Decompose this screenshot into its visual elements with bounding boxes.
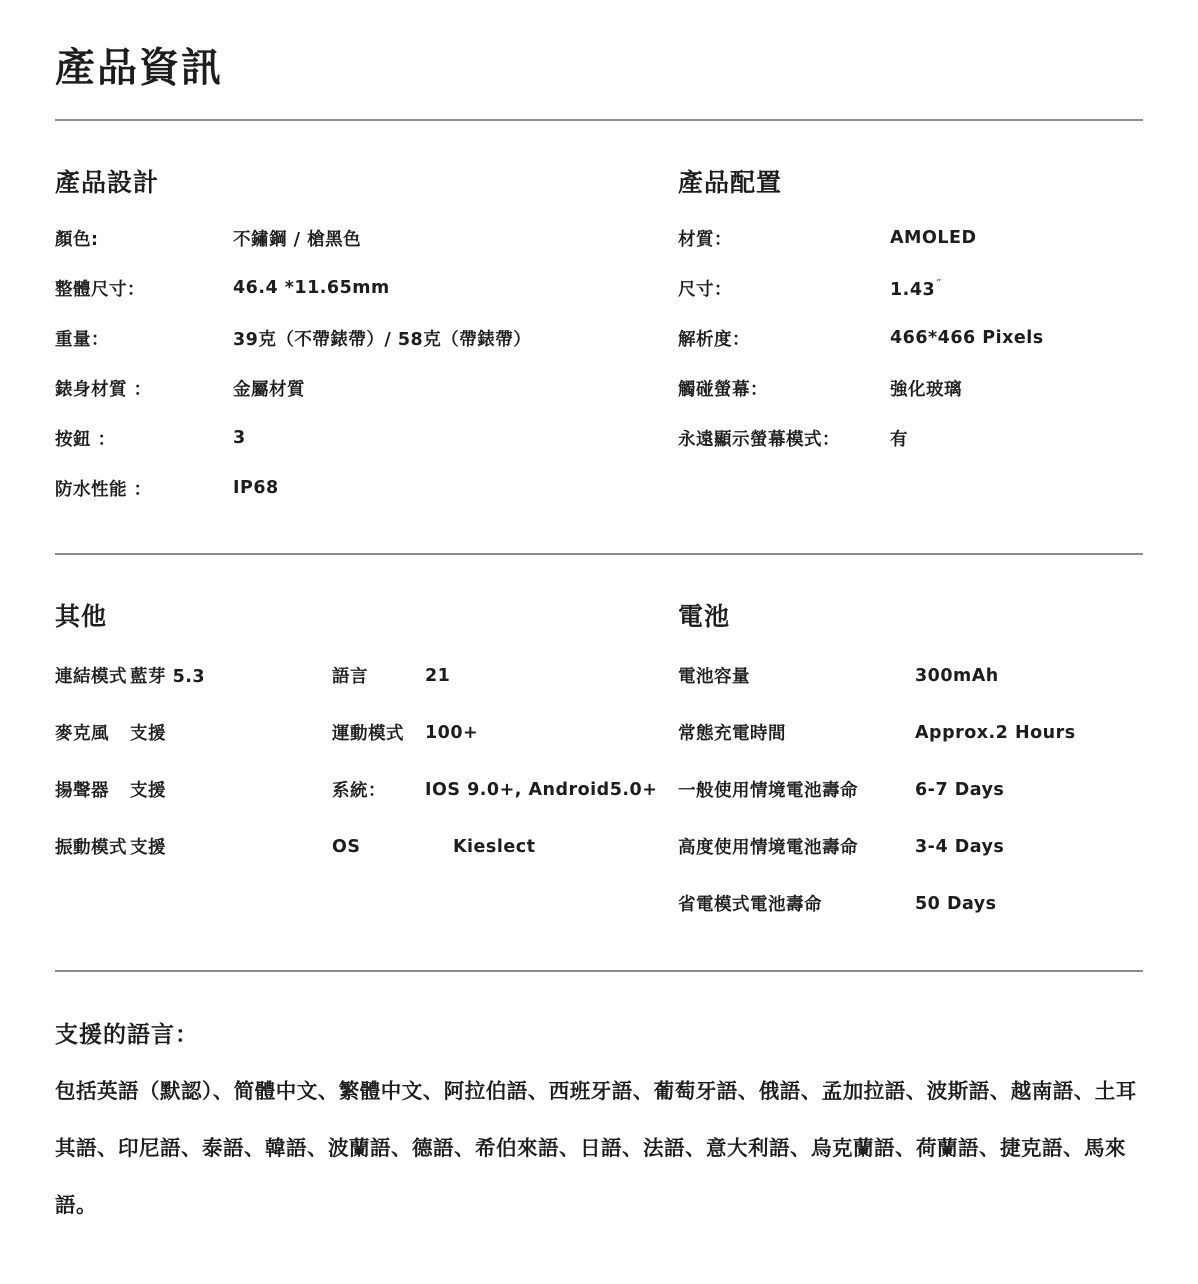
spec-row-screen-material: 材質： AMOLED bbox=[678, 213, 1143, 263]
spec-value: 支援 bbox=[130, 720, 332, 745]
inch-mark: ″ bbox=[936, 277, 942, 291]
spec-value: 21 bbox=[425, 666, 678, 686]
design-heading: 產品設計 bbox=[55, 163, 678, 199]
spec-row-connectivity-language: 連結模式 藍芽 5.3 語言 21 bbox=[55, 647, 678, 704]
spec-row-buttons: 按鈕 ： 3 bbox=[55, 413, 678, 463]
spec-value: 有 bbox=[890, 426, 1143, 451]
spec-row-waterproof: 防水性能 ： IP68 bbox=[55, 463, 678, 513]
size-number: 1.43 bbox=[890, 279, 935, 299]
spec-row-resolution: 解析度： 466*466 Pixels bbox=[678, 313, 1143, 363]
specs-middle: 其他 連結模式 藍芽 5.3 語言 21 麥克風 支援 運動模式 100+ 揚聲… bbox=[55, 555, 1143, 932]
spec-row-mic-sport: 麥克風 支援 運動模式 100+ bbox=[55, 704, 678, 761]
spec-row-case-material: 錶身材質 ： 金屬材質 bbox=[55, 363, 678, 413]
languages-text: 包括英語（默認）、简體中文、繁體中文、阿拉伯語、西班牙語、葡萄牙語、俄語、孟加拉… bbox=[55, 1063, 1143, 1234]
config-rows: 材質： AMOLED 尺寸： 1.43″ 解析度： 466*466 Pixels… bbox=[678, 213, 1143, 463]
spec-label: 麥克風 bbox=[55, 720, 130, 745]
spec-value: Kieslect bbox=[425, 837, 678, 857]
languages-heading: 支援的語言： bbox=[55, 1016, 1143, 1049]
spec-row-screen-size: 尺寸： 1.43″ bbox=[678, 263, 1143, 313]
spec-row-color: 顏色: 不鏽鋼 / 槍黑色 bbox=[55, 213, 678, 263]
section-product-design: 產品設計 顏色: 不鏽鋼 / 槍黑色 整體尺寸： 46.4 *11.65mm 重… bbox=[55, 121, 678, 513]
spec-value: 3-4 Days bbox=[915, 837, 1143, 857]
spec-label: 觸碰螢幕： bbox=[678, 376, 890, 401]
spec-label: 高度使用情境電池壽命 bbox=[678, 834, 915, 859]
spec-label: 材質： bbox=[678, 226, 890, 251]
spec-label: 連結模式 bbox=[55, 663, 130, 688]
spec-row-heavy-use-life: 高度使用情境電池壽命 3-4 Days bbox=[678, 818, 1143, 875]
design-rows: 顏色: 不鏽鋼 / 槍黑色 整體尺寸： 46.4 *11.65mm 重量： 39… bbox=[55, 213, 678, 513]
spec-value: 支援 bbox=[130, 777, 332, 802]
spec-value: 藍芽 5.3 bbox=[130, 663, 332, 688]
spec-row-dimensions: 整體尺寸： 46.4 *11.65mm bbox=[55, 263, 678, 313]
spec-value: AMOLED bbox=[890, 228, 1143, 248]
spec-value: 3 bbox=[233, 428, 678, 448]
spec-label: 系統： bbox=[332, 777, 425, 802]
other-rows: 連結模式 藍芽 5.3 語言 21 麥克風 支援 運動模式 100+ 揚聲器 支… bbox=[55, 647, 678, 875]
spec-value: 50 Days bbox=[915, 894, 1143, 914]
other-heading: 其他 bbox=[55, 597, 678, 633]
spec-label: 一般使用情境電池壽命 bbox=[678, 777, 915, 802]
spec-label: 永遠顯示螢幕模式： bbox=[678, 426, 890, 451]
section-other: 其他 連結模式 藍芽 5.3 語言 21 麥克風 支援 運動模式 100+ 揚聲… bbox=[55, 555, 678, 875]
spec-label: 顏色: bbox=[55, 226, 233, 251]
config-heading: 產品配置 bbox=[678, 163, 1143, 199]
spec-row-weight: 重量： 39克（不帶錶帶）/ 58克（帶錶帶） bbox=[55, 313, 678, 363]
spec-row-charge-time: 常態充電時間 Approx.2 Hours bbox=[678, 704, 1143, 761]
spec-label: 電池容量 bbox=[678, 663, 915, 688]
spec-value: 1.43″ bbox=[890, 277, 1143, 300]
spec-label: 語言 bbox=[332, 663, 425, 688]
spec-row-speaker-system: 揚聲器 支援 系統： IOS 9.0+, Android5.0+ bbox=[55, 761, 678, 818]
spec-row-normal-use-life: 一般使用情境電池壽命 6-7 Days bbox=[678, 761, 1143, 818]
battery-rows: 電池容量 300mAh 常態充電時間 Approx.2 Hours 一般使用情境… bbox=[678, 647, 1143, 932]
page-title: 產品資訊 bbox=[55, 36, 1143, 93]
spec-row-touchscreen: 觸碰螢幕： 強化玻璃 bbox=[678, 363, 1143, 413]
spec-label: 運動模式 bbox=[332, 720, 425, 745]
section-languages: 支援的語言： 包括英語（默認）、简體中文、繁體中文、阿拉伯語、西班牙語、葡萄牙語… bbox=[55, 1016, 1143, 1234]
spec-label: 揚聲器 bbox=[55, 777, 130, 802]
section-product-config: 產品配置 材質： AMOLED 尺寸： 1.43″ 解析度： 466*466 P… bbox=[678, 121, 1143, 463]
spec-label: 振動模式 bbox=[55, 834, 130, 859]
spec-value: 46.4 *11.65mm bbox=[233, 278, 678, 298]
spec-label: 整體尺寸： bbox=[55, 276, 233, 301]
spec-label: 尺寸： bbox=[678, 276, 890, 301]
spec-value: 466*466 Pixels bbox=[890, 328, 1143, 348]
spec-value: Approx.2 Hours bbox=[915, 723, 1143, 743]
spec-value: 6-7 Days bbox=[915, 780, 1143, 800]
spec-label: 按鈕 ： bbox=[55, 426, 233, 451]
spec-row-capacity: 電池容量 300mAh bbox=[678, 647, 1143, 704]
spec-label: 重量： bbox=[55, 326, 233, 351]
spec-value: 39克（不帶錶帶）/ 58克（帶錶帶） bbox=[233, 326, 678, 351]
spec-value: 300mAh bbox=[915, 666, 1143, 686]
spec-row-power-save-life: 省電模式電池壽命 50 Days bbox=[678, 875, 1143, 932]
spec-label: 常態充電時間 bbox=[678, 720, 915, 745]
spec-label: 省電模式電池壽命 bbox=[678, 891, 915, 916]
battery-heading: 電池 bbox=[678, 597, 1143, 633]
section-battery: 電池 電池容量 300mAh 常態充電時間 Approx.2 Hours 一般使… bbox=[678, 555, 1143, 932]
spec-label: OS bbox=[332, 837, 425, 857]
spec-value: IOS 9.0+, Android5.0+ bbox=[425, 780, 678, 800]
spec-label: 解析度： bbox=[678, 326, 890, 351]
product-info-page: 產品資訊 產品設計 顏色: 不鏽鋼 / 槍黑色 整體尺寸： 46.4 *11.6… bbox=[0, 0, 1198, 1284]
divider bbox=[55, 970, 1143, 972]
specs-top: 產品設計 顏色: 不鏽鋼 / 槍黑色 整體尺寸： 46.4 *11.65mm 重… bbox=[55, 121, 1143, 513]
spec-value: 強化玻璃 bbox=[890, 376, 1143, 401]
spec-row-always-on: 永遠顯示螢幕模式： 有 bbox=[678, 413, 1143, 463]
spec-value: 支援 bbox=[130, 834, 332, 859]
spec-label: 錶身材質 ： bbox=[55, 376, 233, 401]
spec-label: 防水性能 ： bbox=[55, 476, 233, 501]
spec-row-vibration-os: 振動模式 支援 OS Kieslect bbox=[55, 818, 678, 875]
spec-value: 不鏽鋼 / 槍黑色 bbox=[233, 226, 678, 251]
spec-value: 金屬材質 bbox=[233, 376, 678, 401]
spec-value: 100+ bbox=[425, 723, 678, 743]
spec-value: IP68 bbox=[233, 478, 678, 498]
